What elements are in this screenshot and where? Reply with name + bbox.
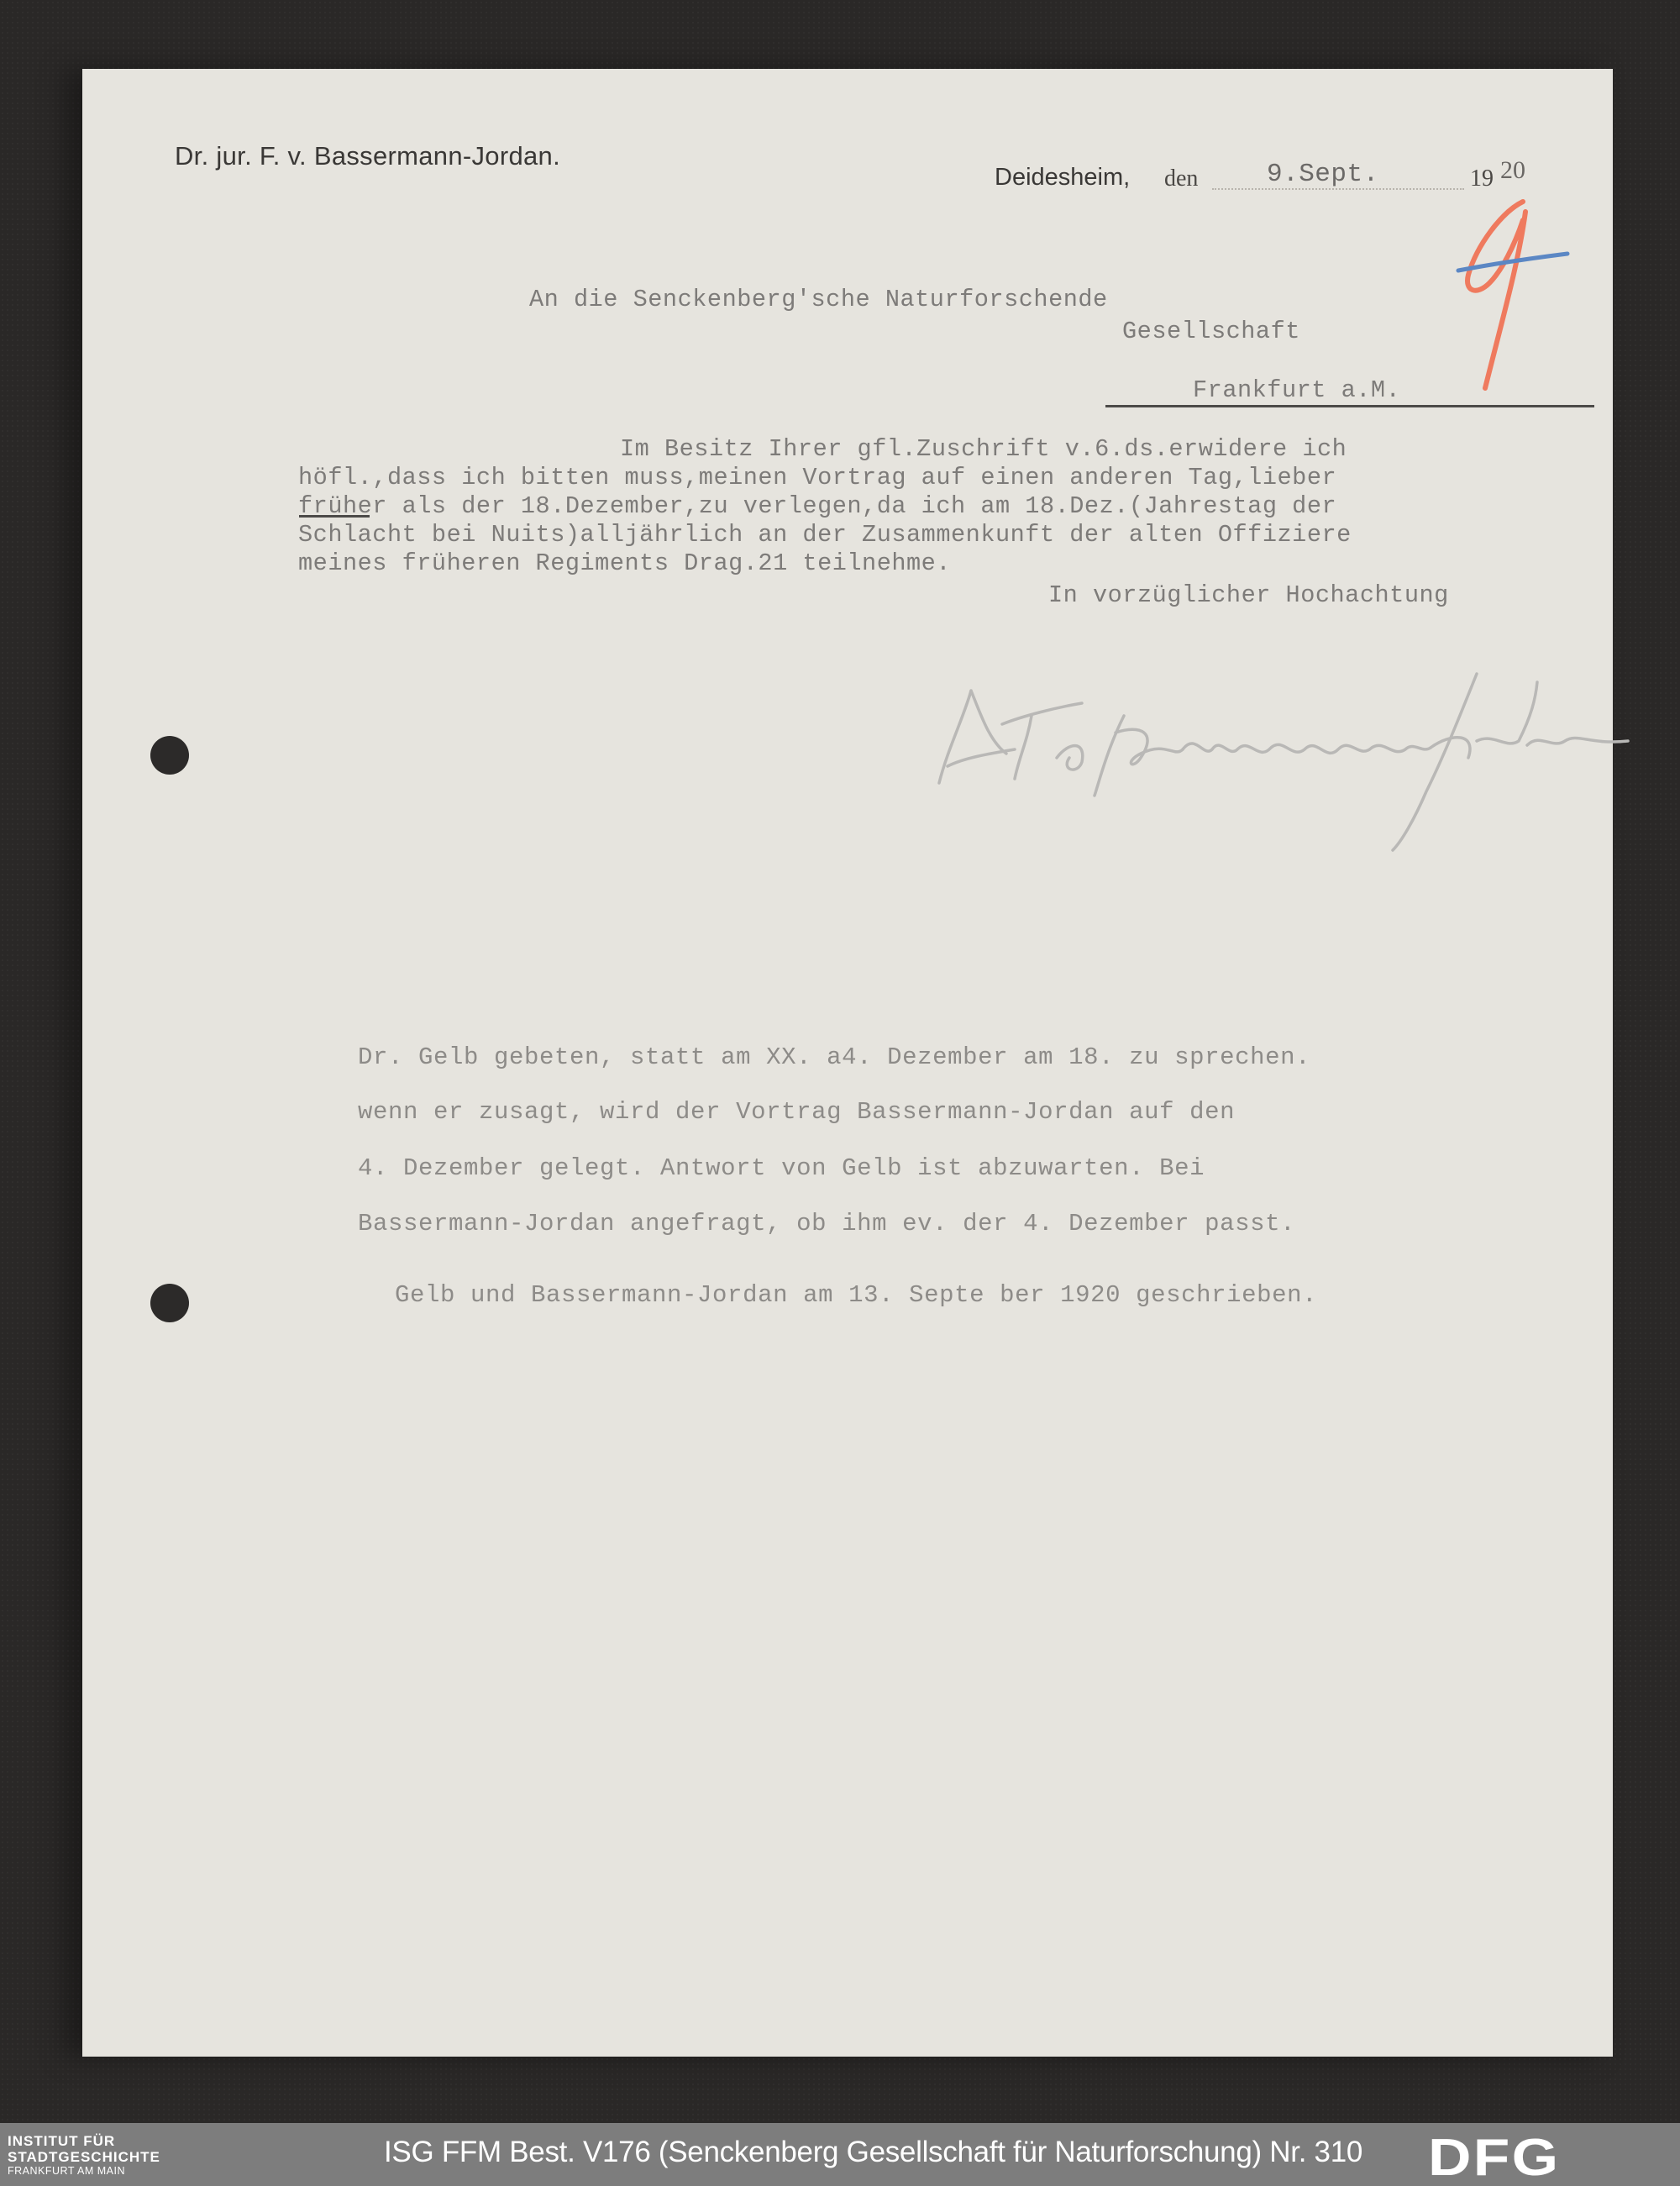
year-suffix: 20: [1500, 156, 1525, 185]
address-underline: [1105, 405, 1594, 407]
archive-caption: ISG FFM Best. V176 (Senckenberg Gesellsc…: [384, 2136, 1362, 2169]
year-prefix: 19: [1470, 166, 1494, 192]
address-line2: Gesellschaft: [1122, 318, 1300, 345]
archive-footer: INSTITUT FÜR STADTGESCHICHTE FRANKFURT A…: [0, 2123, 1680, 2186]
institution-logo: INSTITUT FÜR STADTGESCHICHTE FRANKFURT A…: [8, 2134, 160, 2177]
body-line: früher als der 18.Dezember,zu verlegen,d…: [298, 492, 1336, 520]
frueher-underline: [299, 515, 370, 518]
document-page: Dr. jur. F. v. Bassermann-Jordan. Deides…: [82, 69, 1613, 2057]
address-line3: Frankfurt a.M.: [1193, 376, 1400, 404]
note-line: 4. Dezember gelegt. Antwort von Gelb ist…: [358, 1154, 1205, 1182]
body-line: höfl.,dass ich bitten muss,meinen Vortra…: [298, 464, 1336, 491]
closing: In vorzüglicher Hochachtung: [1048, 581, 1449, 609]
punch-hole: [150, 1284, 189, 1322]
letterhead-den: den: [1164, 166, 1198, 192]
note-followup: Gelb und Bassermann-Jordan am 13. Septe …: [395, 1281, 1317, 1309]
date-typed: 9.Sept.: [1267, 160, 1379, 189]
note-line: Dr. Gelb gebeten, statt am XX. a4. Dezem…: [358, 1043, 1310, 1071]
body-line: Im Besitz Ihrer gfl.Zuschrift v.6.ds.erw…: [620, 435, 1347, 463]
punch-hole: [150, 736, 189, 775]
note-line: Bassermann-Jordan angefragt, ob ihm ev. …: [358, 1210, 1295, 1238]
note-line: wenn er zusagt, wird der Vortrag Basserm…: [358, 1098, 1235, 1126]
letterhead-place: Deidesheim,: [995, 164, 1130, 192]
signature-icon: [889, 615, 1662, 859]
body-line: meines früheren Regiments Drag.21 teilne…: [298, 549, 951, 577]
body-line: Schlacht bei Nuits)alljährlich an der Zu…: [298, 521, 1352, 549]
letterhead-sender: Dr. jur. F. v. Bassermann-Jordan.: [175, 141, 560, 171]
address-line1: An die Senckenberg'sche Naturforschende: [529, 286, 1108, 313]
pencil-number-icon: [1443, 195, 1578, 397]
dfg-logo: DFG: [1428, 2135, 1560, 2182]
